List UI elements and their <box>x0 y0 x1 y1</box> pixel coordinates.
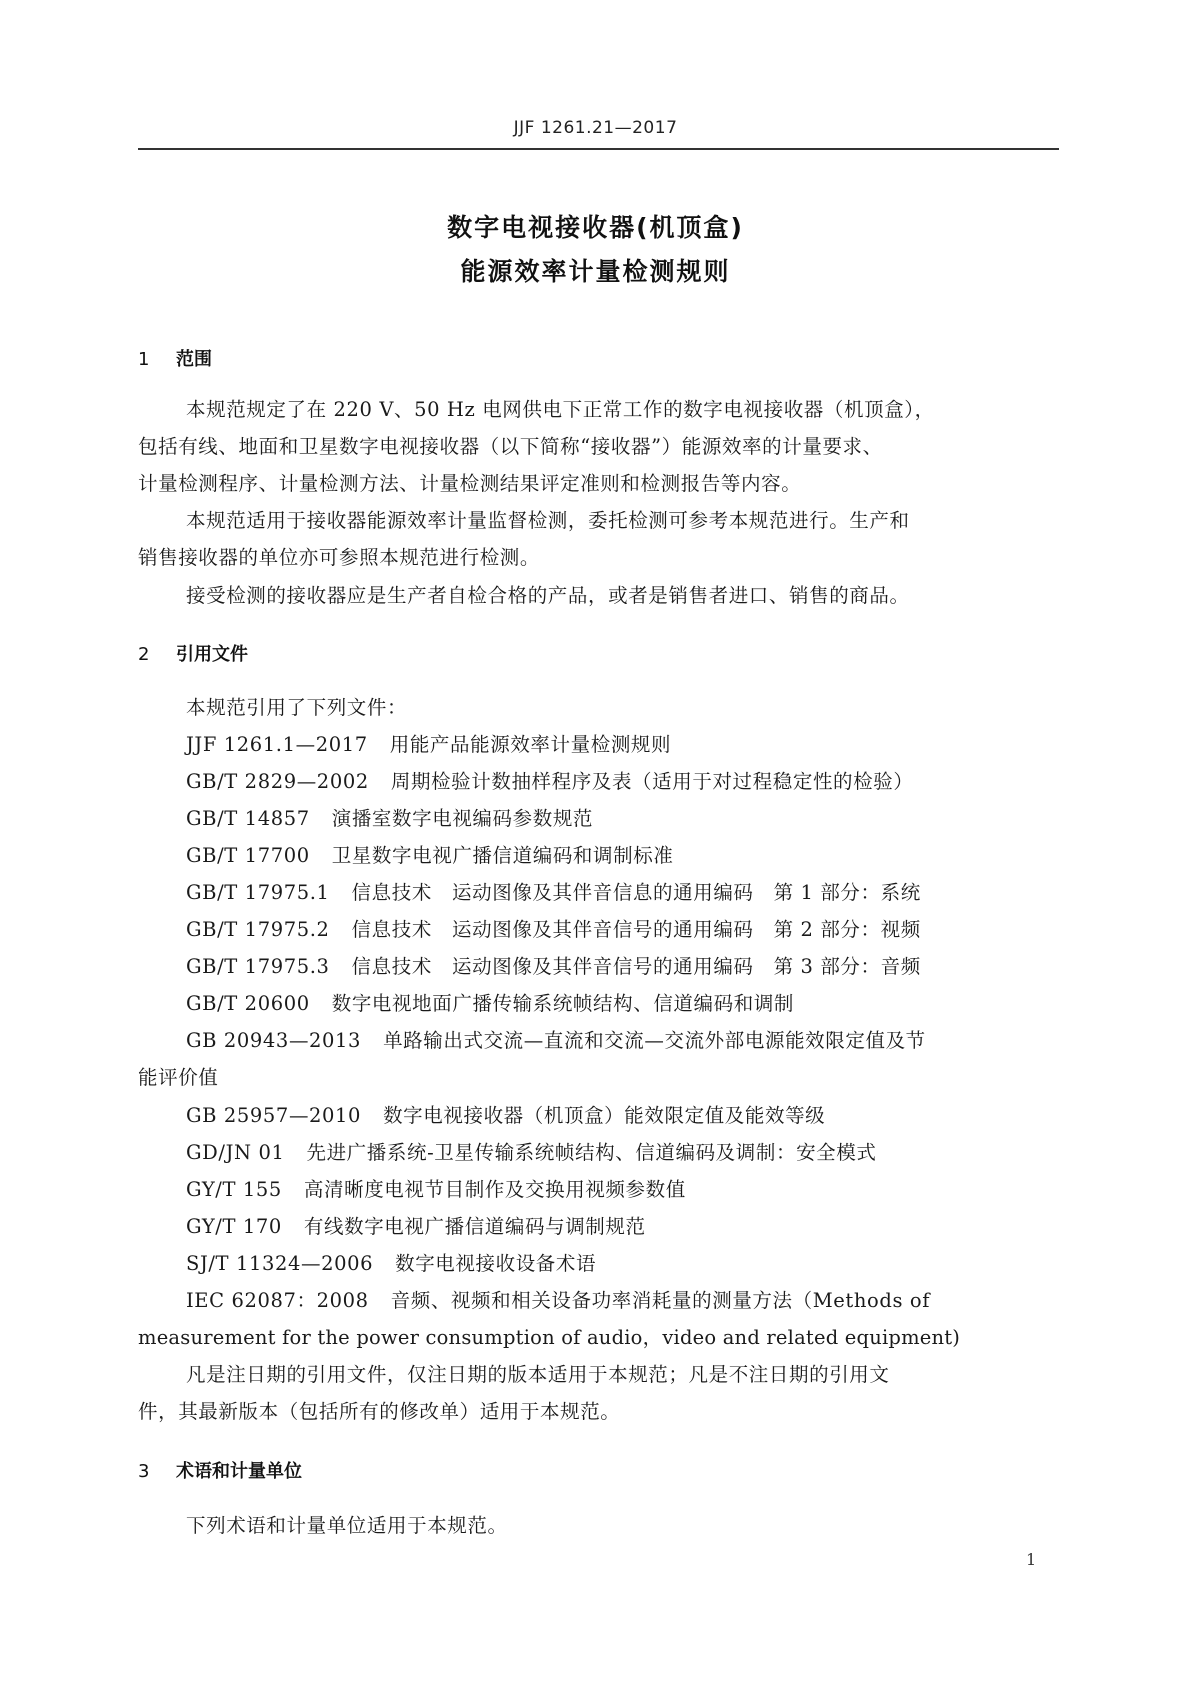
section-heading-scope: 1范围 <box>138 345 212 371</box>
reference-item: GB/T 20600数字电视地面广播传输系统帧结构、信道编码和调制 <box>186 988 794 1016</box>
reference-title: 信息技术 运动图像及其伴音信息的通用编码 第 1 部分：系统 <box>352 881 921 904</box>
paragraph-line: 接受检测的接收器应是生产者自检合格的产品，或者是销售者进口、销售的商品。 <box>186 580 910 608</box>
reference-title: 有线数字电视广播信道编码与调制规范 <box>304 1215 646 1238</box>
references-intro: 本规范引用了下列文件： <box>186 692 407 720</box>
reference-code: GB/T 2829—2002 <box>186 770 369 793</box>
paragraph-line: 件，其最新版本（包括所有的修改单）适用于本规范。 <box>138 1396 620 1424</box>
reference-code: GB 20943—2013 <box>186 1029 361 1052</box>
paragraph-line: 本规范适用于接收器能源效率计量监督检测，委托检测可参考本规范进行。生产和 <box>186 505 910 533</box>
reference-code: GB/T 20600 <box>186 992 310 1015</box>
reference-title: 数字电视地面广播传输系统帧结构、信道编码和调制 <box>332 992 794 1015</box>
reference-code: SJ/T 11324—2006 <box>186 1252 373 1275</box>
paragraph-line: 本规范规定了在 220 V、50 Hz 电网供电下正常工作的数字电视接收器（机顶… <box>186 394 935 422</box>
section-heading-references: 2引用文件 <box>138 640 248 666</box>
reference-code: GD/JN 01 <box>186 1141 284 1164</box>
reference-code: IEC 62087：2008 <box>186 1285 369 1313</box>
document-title-line-1: 数字电视接收器(机顶盒) <box>0 208 1191 244</box>
reference-item: GB/T 17700卫星数字电视广播信道编码和调制标准 <box>186 840 673 868</box>
reference-code: GB/T 17975.1 <box>186 881 330 904</box>
section-title: 引用文件 <box>176 644 248 665</box>
reference-title: 卫星数字电视广播信道编码和调制标准 <box>332 844 674 867</box>
paragraph-line: 销售接收器的单位亦可参照本规范进行检测。 <box>138 542 540 570</box>
reference-item: IEC 62087：2008音频、视频和相关设备功率消耗量的测量方法（Metho… <box>186 1285 930 1313</box>
reference-item: SJ/T 11324—2006数字电视接收设备术语 <box>186 1248 596 1276</box>
document-title-line-2: 能源效率计量检测规则 <box>0 252 1191 288</box>
reference-code: GY/T 170 <box>186 1215 282 1238</box>
standard-code-header: JJF 1261.21—2017 <box>0 118 1191 138</box>
paragraph-line: 包括有线、地面和卫星数字电视接收器（以下简称“接收器”）能源效率的计量要求、 <box>138 431 883 459</box>
reference-title: 信息技术 运动图像及其伴音信号的通用编码 第 3 部分：音频 <box>352 955 921 978</box>
section-title: 范围 <box>176 349 212 370</box>
reference-item: GB/T 2829—2002周期检验计数抽样程序及表（适用于对过程稳定性的检验） <box>186 766 913 794</box>
paragraph-line: 计量检测程序、计量检测方法、计量检测结果评定准则和检测报告等内容。 <box>138 468 801 496</box>
paragraph-line: 凡是注日期的引用文件，仅注日期的版本适用于本规范；凡是不注日期的引用文 <box>186 1359 890 1387</box>
reference-code: GB/T 14857 <box>186 807 310 830</box>
reference-code: JJF 1261.1—2017 <box>186 733 368 756</box>
reference-continuation: 能评价值 <box>138 1062 218 1090</box>
reference-code: GB/T 17700 <box>186 844 310 867</box>
reference-title: 先进广播系统-卫星传输系统帧结构、信道编码及调制：安全模式 <box>306 1141 876 1164</box>
reference-item: GB 20943—2013单路输出式交流—直流和交流—交流外部电源能效限定值及节 <box>186 1025 926 1053</box>
reference-title: 演播室数字电视编码参数规范 <box>332 807 593 830</box>
reference-code: GB 25957—2010 <box>186 1104 361 1127</box>
reference-code: GB/T 17975.2 <box>186 918 330 941</box>
page-number: 1 <box>1026 1550 1036 1569</box>
reference-item: GY/T 155高清晰度电视节目制作及交换用视频参数值 <box>186 1174 686 1202</box>
reference-item: GB/T 14857演播室数字电视编码参数规范 <box>186 803 593 831</box>
reference-code: GY/T 155 <box>186 1178 282 1201</box>
reference-item: GB 25957—2010数字电视接收器（机顶盒）能效限定值及能效等级 <box>186 1100 825 1128</box>
reference-title: 音频、视频和相关设备功率消耗量的测量方法（Methods of <box>391 1289 930 1312</box>
reference-item: GB/T 17975.2信息技术 运动图像及其伴音信号的通用编码 第 2 部分：… <box>186 914 921 942</box>
paragraph-line: 下列术语和计量单位适用于本规范。 <box>186 1510 508 1538</box>
section-number: 2 <box>138 644 176 665</box>
reference-item: GY/T 170有线数字电视广播信道编码与调制规范 <box>186 1211 646 1239</box>
section-number: 1 <box>138 349 176 370</box>
document-page: JJF 1261.21—2017 数字电视接收器(机顶盒) 能源效率计量检测规则… <box>0 0 1191 1684</box>
reference-continuation: measurement for the power consumption of… <box>138 1322 960 1350</box>
reference-item: GB/T 17975.3信息技术 运动图像及其伴音信号的通用编码 第 3 部分：… <box>186 951 921 979</box>
section-number: 3 <box>138 1461 176 1482</box>
header-divider <box>138 148 1059 150</box>
reference-title: 用能产品能源效率计量检测规则 <box>390 733 671 756</box>
section-heading-terms: 3术语和计量单位 <box>138 1457 302 1483</box>
reference-title: 单路输出式交流—直流和交流—交流外部电源能效限定值及节 <box>383 1029 926 1052</box>
reference-title: 数字电视接收设备术语 <box>395 1252 596 1275</box>
reference-item: JJF 1261.1—2017用能产品能源效率计量检测规则 <box>186 729 671 757</box>
section-title: 术语和计量单位 <box>176 1461 302 1482</box>
reference-item: GB/T 17975.1信息技术 运动图像及其伴音信息的通用编码 第 1 部分：… <box>186 877 921 905</box>
reference-title: 数字电视接收器（机顶盒）能效限定值及能效等级 <box>383 1104 825 1127</box>
reference-item: GD/JN 01先进广播系统-卫星传输系统帧结构、信道编码及调制：安全模式 <box>186 1137 876 1165</box>
reference-title: 信息技术 运动图像及其伴音信号的通用编码 第 2 部分：视频 <box>352 918 921 941</box>
reference-title: 周期检验计数抽样程序及表（适用于对过程稳定性的检验） <box>391 770 914 793</box>
reference-title: 高清晰度电视节目制作及交换用视频参数值 <box>304 1178 686 1201</box>
reference-code: GB/T 17975.3 <box>186 955 330 978</box>
